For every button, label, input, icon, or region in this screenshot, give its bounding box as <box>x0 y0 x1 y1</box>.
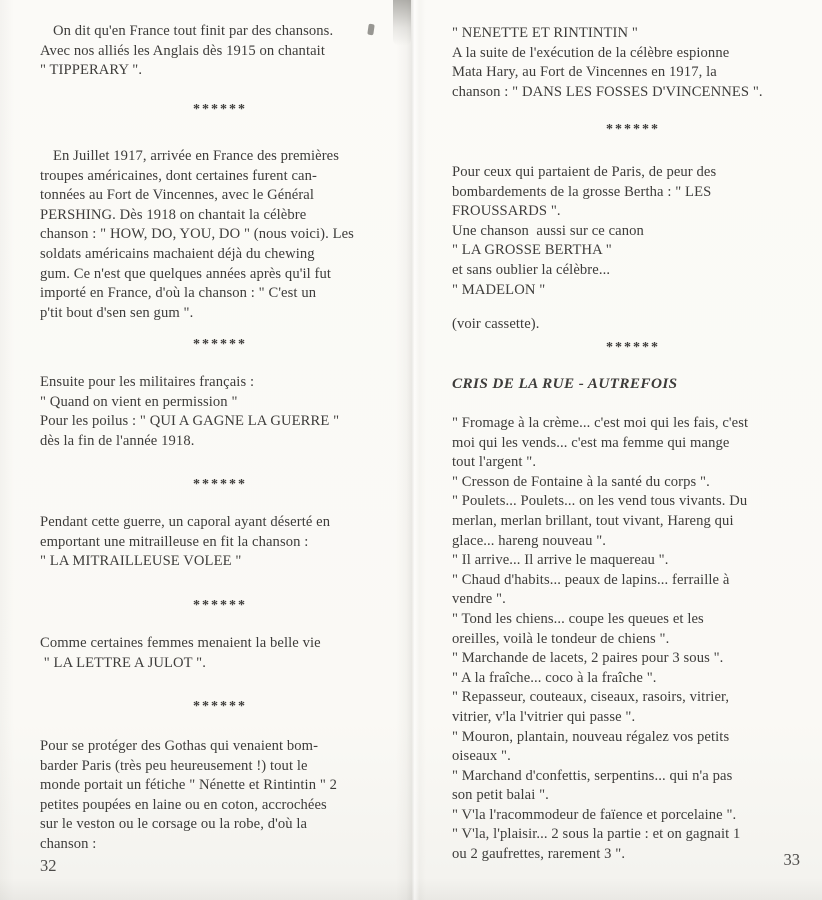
paragraph-tipperary: On dit qu'en France tout finit par des c… <box>40 22 400 81</box>
page-number-left: 32 <box>40 856 57 876</box>
star-separator: ****** <box>40 477 400 493</box>
star-separator: ****** <box>452 122 814 138</box>
scanned-book-spread: On dit qu'en France tout finit par des c… <box>0 0 822 900</box>
scan-edge-left-shading <box>0 0 14 900</box>
star-separator: ****** <box>40 598 400 614</box>
page-left: On dit qu'en France tout finit par des c… <box>40 0 400 900</box>
book-gutter-shadow <box>396 0 426 900</box>
paragraph-mitrailleuse-volee: Pendant cette guerre, un caporal ayant d… <box>40 513 400 572</box>
paragraph-nenette-rintintin-intro: Pour se protéger des Gothas qui venaient… <box>40 737 400 855</box>
paragraph-nenette-rintintin: " NENETTE ET RINTINTIN " A la suite de l… <box>452 24 814 102</box>
section-heading-cris-de-la-rue: CRIS DE LA RUE - AUTREFOIS <box>452 375 814 393</box>
paragraph-militaires-francais: Ensuite pour les militaires français : "… <box>40 373 400 451</box>
paragraph-street-cries: " Fromage à la crème... c'est moi qui le… <box>452 414 814 865</box>
star-separator: ****** <box>40 102 400 118</box>
paragraph-pershing: En Juillet 1917, arrivée en France des p… <box>40 147 400 323</box>
paragraph-lettre-a-julot: Comme certaines femmes menaient la belle… <box>40 634 400 673</box>
star-separator: ****** <box>452 340 814 356</box>
star-separator: ****** <box>40 337 400 353</box>
star-separator: ****** <box>40 699 400 715</box>
paragraph-grosse-bertha: Pour ceux qui partaient de Paris, de peu… <box>452 163 814 300</box>
page-number-right: 33 <box>784 850 801 870</box>
page-right: " NENETTE ET RINTINTIN " A la suite de l… <box>452 0 814 900</box>
note-voir-cassette: (voir cassette). <box>452 315 814 335</box>
